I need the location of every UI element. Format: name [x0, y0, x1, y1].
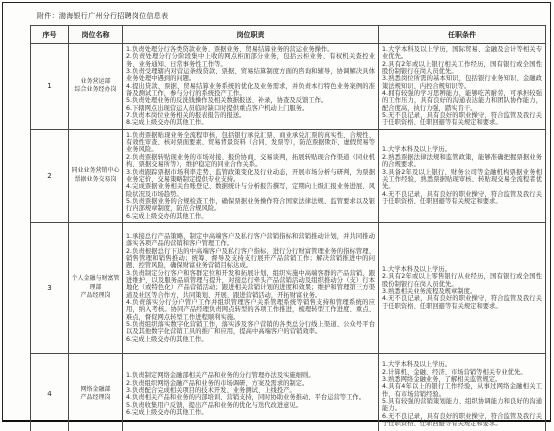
position-name: 个人金融与财富管理部 产品经理岗: [69, 222, 123, 353]
qualifications: 1.大学本科及以上学历。 2.计算机、金融、经济、市场营销等相关专业优先。 3.…: [379, 353, 546, 431]
col-header-qualifications: 任职条件: [379, 26, 546, 44]
scanned-document-page: 附件：渤海银行广州分行招聘岗位信息表 序号 岗位名称 岗位职责 任职条件 1 业…: [0, 0, 554, 431]
serial-no: 4: [31, 353, 69, 431]
position-name: 业务营运部 综合业务经办岗: [69, 44, 123, 130]
document-title: 附件：渤海银行广州分行招聘岗位信息表: [37, 11, 168, 21]
qualifications: 1.大学本科及以上学历，国际贸易、金融及会计等相关专业优先。 2.具有2年或以上…: [379, 44, 546, 130]
qualifications: 1.大学本科及以上学历。 2.具有2年或以上零售银行从业经历，国有银行或全国性股…: [379, 222, 546, 353]
serial-no: 1: [31, 44, 69, 130]
job-duties: 1.承接总行产品策略，制定中高端客户及私行客户营销指标和营销推动计划，并共同推动…: [123, 222, 379, 353]
position-name: 网络金融部 产品经理岗: [69, 353, 123, 431]
table-row: 3 个人金融与财富管理部 产品经理岗 1.承接总行产品策略，制定中高端客户及私行…: [31, 222, 546, 353]
position-name: 同业业务营销中心 票据业务交易岗: [69, 129, 123, 222]
table-header-row: 序号 岗位名称 岗位职责 任职条件: [31, 26, 546, 44]
table-row: 4 网络金融部 产品经理岗 1.负责制定网络金融部相关产品和业务的分行管理办法及…: [31, 353, 546, 431]
table-row: 2 同业业务营销中心 票据业务交易岗 1.负责票据贴现业务全流程审核，包括银行承…: [31, 129, 546, 222]
table-row: 1 业务营运部 综合业务经办岗 1.负责处理分行各类贷款业务、票据业务、贸易结算…: [31, 44, 546, 130]
job-duties: 1.负责处理分行各类贷款业务、票据业务、贸易结算业务的营运业务操作。 2.负责处…: [123, 44, 379, 130]
serial-no: 2: [31, 129, 69, 222]
serial-no: 3: [31, 222, 69, 353]
recruitment-positions-table: 序号 岗位名称 岗位职责 任职条件 1 业务营运部 综合业务经办岗 1.负责处理…: [30, 25, 546, 431]
job-duties: 1.负责票据贴现业务全流程审核，包括银行承兑汇票、商业承兑汇票的真实性、合规性、…: [123, 129, 379, 222]
col-header-position-name: 岗位名称: [69, 26, 123, 44]
col-header-job-duties: 岗位职责: [123, 26, 379, 44]
qualifications: 1.大学本科及以上学历。 2.熟悉票据法律法规和监管政策，能够准确把握票据业务的…: [379, 129, 546, 222]
job-duties: 1.负责制定网络金融部相关产品和业务的分行管理办法及实施细则。 2.负责组织网络…: [123, 353, 379, 431]
col-header-serial-no: 序号: [31, 26, 69, 44]
